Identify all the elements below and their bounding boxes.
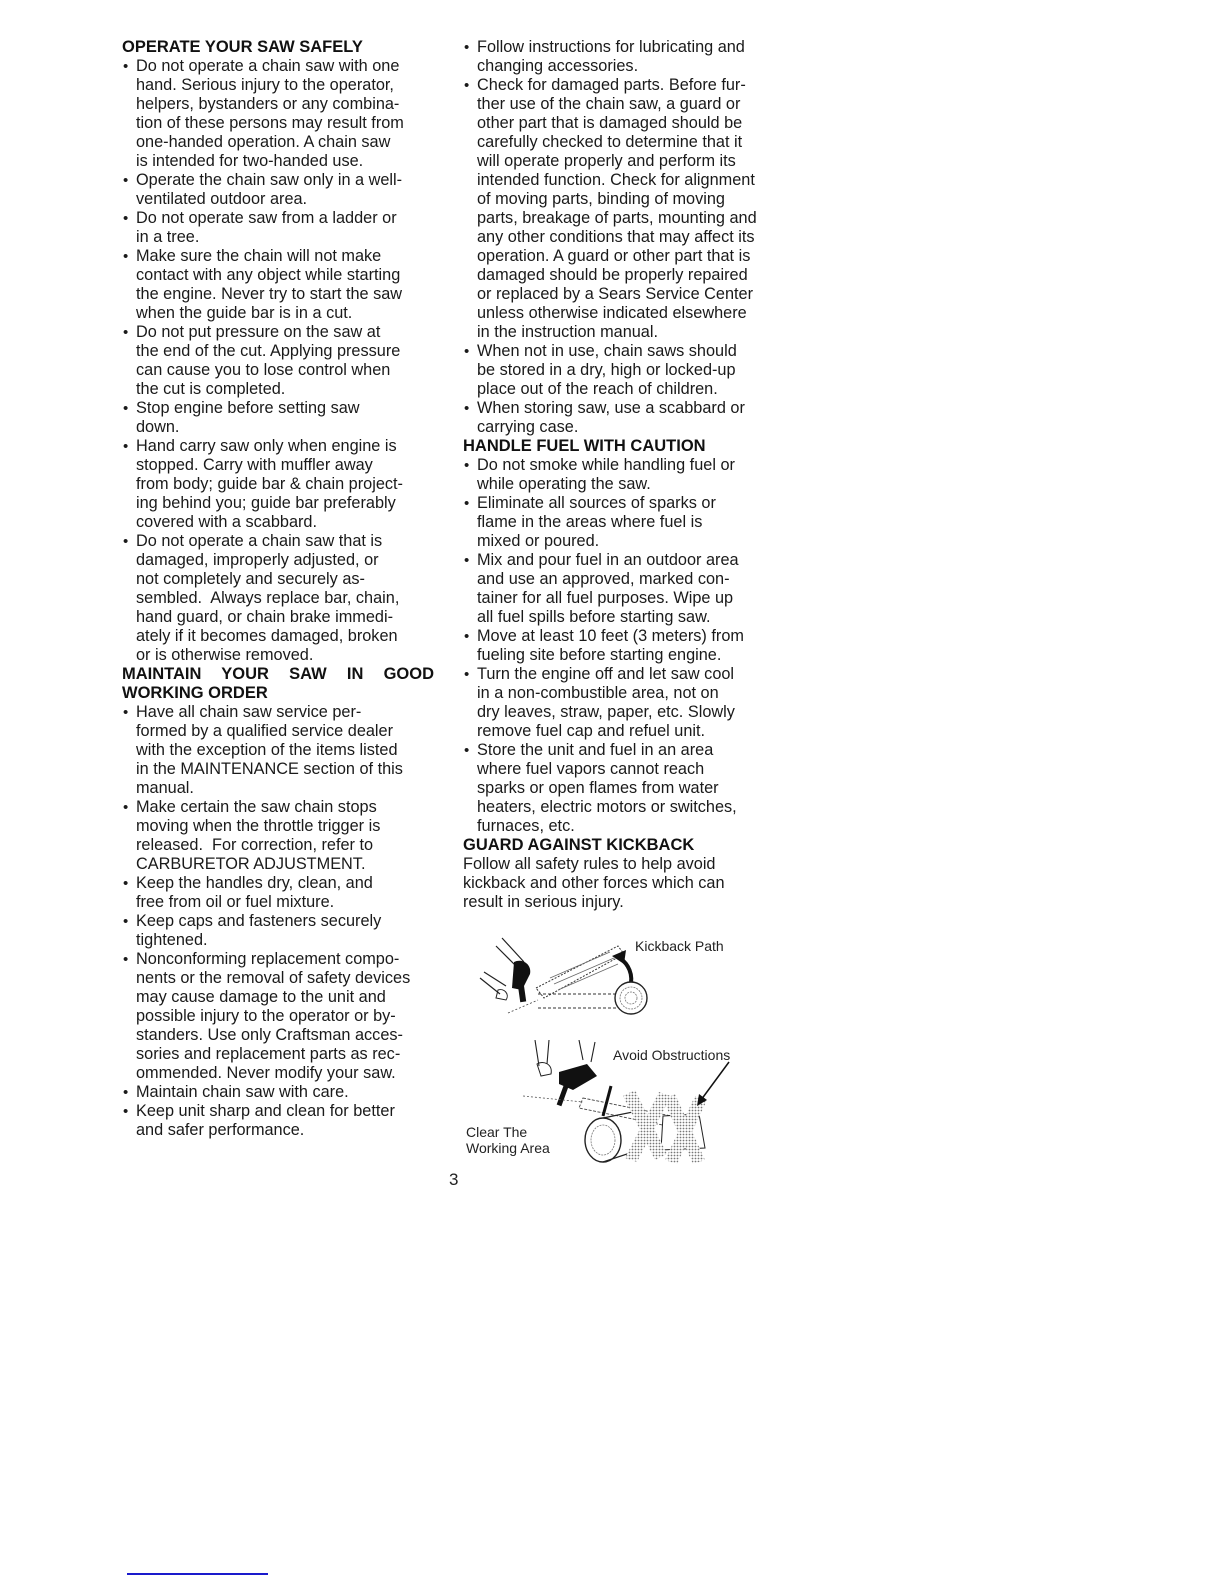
text-line: Eliminate all sources of sparks or: [477, 494, 793, 513]
text-line: Have all chain saw service per-: [136, 703, 452, 722]
text-line: Operate the chain saw only in a well-: [136, 171, 452, 190]
text-line: Store the unit and fuel in an area: [477, 741, 793, 760]
section-heading-operate-safely: OPERATE YOUR SAW SAFELY: [122, 38, 452, 57]
text-line: of moving parts, binding of moving: [477, 190, 793, 209]
list-item: Keep caps and fasteners securelytightene…: [122, 912, 452, 950]
text-line: not completely and securely as-: [136, 570, 452, 589]
text-line: all fuel spills before starting saw.: [477, 608, 793, 627]
text-line: the end of the cut. Applying pressure: [136, 342, 452, 361]
list-item: Eliminate all sources of sparks orflame …: [463, 494, 793, 551]
text-line: carefully checked to determine that it: [477, 133, 793, 152]
text-line: in the instruction manual.: [477, 323, 793, 342]
list-item: Do not operate a chain saw with onehand.…: [122, 57, 452, 171]
text-line: hand guard, or chain brake immedi-: [136, 608, 452, 627]
text-line: standers. Use only Craftsman acces-: [136, 1026, 452, 1045]
section-heading-handle-fuel: HANDLE FUEL WITH CAUTION: [463, 437, 793, 456]
operate-safely-list: Do not operate a chain saw with onehand.…: [122, 57, 452, 665]
text-line: nents or the removal of safety devices: [136, 969, 452, 988]
text-line: damaged, improperly adjusted, or: [136, 551, 452, 570]
text-line: when the guide bar is in a cut.: [136, 304, 452, 323]
list-item: Do not operate saw from a ladder orin a …: [122, 209, 452, 247]
list-item: Keep the handles dry, clean, andfree fro…: [122, 874, 452, 912]
text-line: mixed or poured.: [477, 532, 793, 551]
text-line: dry leaves, straw, paper, etc. Slowly: [477, 703, 793, 722]
list-item: Move at least 10 feet (3 meters) fromfue…: [463, 627, 793, 665]
text-line: Do not operate a chain saw with one: [136, 57, 452, 76]
text-line: Nonconforming replacement compo-: [136, 950, 452, 969]
list-item: Turn the engine off and let saw coolin a…: [463, 665, 793, 741]
text-line: carrying case.: [477, 418, 793, 437]
list-item: Do not put pressure on the saw atthe end…: [122, 323, 452, 399]
text-line: damaged should be properly repaired: [477, 266, 793, 285]
list-item: Operate the chain saw only in a well-ven…: [122, 171, 452, 209]
list-item: Maintain chain saw with care.: [122, 1083, 452, 1102]
text-line: Maintain chain saw with care.: [136, 1083, 452, 1102]
text-line: changing accessories.: [477, 57, 793, 76]
text-line: Follow instructions for lubricating and: [477, 38, 793, 57]
maintain-list: Have all chain saw service per-formed by…: [122, 703, 452, 1140]
section-heading-maintain-line2: WORKING ORDER: [122, 684, 452, 703]
text-line: kickback and other forces which can: [463, 874, 793, 893]
text-line: manual.: [136, 779, 452, 798]
text-line: in a tree.: [136, 228, 452, 247]
text-line: will operate properly and perform its: [477, 152, 793, 171]
handle-fuel-list: Do not smoke while handling fuel orwhile…: [463, 456, 793, 836]
kickback-paragraph: Follow all safety rules to help avoidkic…: [463, 855, 793, 912]
text-line: released. For correction, refer to: [136, 836, 452, 855]
text-line: hand. Serious injury to the operator,: [136, 76, 452, 95]
text-line: unless otherwise indicated elsewhere: [477, 304, 793, 323]
text-line: Do not put pressure on the saw at: [136, 323, 452, 342]
text-line: flame in the areas where fuel is: [477, 513, 793, 532]
list-item: When storing saw, use a scabbard orcarry…: [463, 399, 793, 437]
text-line: while operating the saw.: [477, 475, 793, 494]
list-item: Make certain the saw chain stopsmoving w…: [122, 798, 452, 874]
text-line: the engine. Never try to start the saw: [136, 285, 452, 304]
text-line: Keep unit sharp and clean for better: [136, 1102, 452, 1121]
text-line: heaters, electric motors or switches,: [477, 798, 793, 817]
text-line: tion of these persons may result from: [136, 114, 452, 133]
text-line: with the exception of the items listed: [136, 741, 452, 760]
text-line: sories and replacement parts as rec-: [136, 1045, 452, 1064]
text-line: Do not operate saw from a ladder or: [136, 209, 452, 228]
text-line: free from oil or fuel mixture.: [136, 893, 452, 912]
chainsaw-kickback-illustration-icon: [478, 928, 648, 1023]
text-line: Make sure the chain will not make: [136, 247, 452, 266]
text-line: in the MAINTENANCE section of this: [136, 760, 452, 779]
text-line: tightened.: [136, 931, 452, 950]
maintain-list-continued: Follow instructions for lubricating andc…: [463, 38, 793, 437]
text-line: Make certain the saw chain stops: [136, 798, 452, 817]
text-line: ing behind you; guide bar preferably: [136, 494, 452, 513]
list-item: Hand carry saw only when engine isstoppe…: [122, 437, 452, 532]
section-heading-maintain-line1: MAINTAIN YOUR SAW IN GOOD: [122, 665, 434, 684]
footer-rule: [127, 1573, 268, 1575]
text-line: Hand carry saw only when engine is: [136, 437, 452, 456]
text-line: ventilated outdoor area.: [136, 190, 452, 209]
text-line: be stored in a dry, high or locked-up: [477, 361, 793, 380]
avoid-obstructions-label: Avoid Obstructions: [613, 1047, 730, 1064]
text-line: sparks or open flames from water: [477, 779, 793, 798]
text-line: Keep the handles dry, clean, and: [136, 874, 452, 893]
text-line: one-handed operation. A chain saw: [136, 133, 452, 152]
text-line: moving when the throttle trigger is: [136, 817, 452, 836]
text-line: ther use of the chain saw, a guard or: [477, 95, 793, 114]
kickback-path-figure: Kickback Path: [478, 928, 768, 1023]
text-line: When storing saw, use a scabbard or: [477, 399, 793, 418]
clear-working-area-label-line2: Working Area: [466, 1140, 550, 1157]
list-item: When not in use, chain saws shouldbe sto…: [463, 342, 793, 399]
list-item: Make sure the chain will not makecontact…: [122, 247, 452, 323]
text-line: from body; guide bar & chain project-: [136, 475, 452, 494]
text-line: fueling site before starting engine.: [477, 646, 793, 665]
text-line: where fuel vapors cannot reach: [477, 760, 793, 779]
text-line: and use an approved, marked con-: [477, 570, 793, 589]
text-line: helpers, bystanders or any combina-: [136, 95, 452, 114]
text-line: other part that is damaged should be: [477, 114, 793, 133]
list-item: Follow instructions for lubricating andc…: [463, 38, 793, 76]
text-line: tainer for all fuel purposes. Wipe up: [477, 589, 793, 608]
list-item: Nonconforming replacement compo-nents or…: [122, 950, 452, 1083]
text-line: sembled. Always replace bar, chain,: [136, 589, 452, 608]
text-line: Do not operate a chain saw that is: [136, 532, 452, 551]
text-line: CARBURETOR ADJUSTMENT.: [136, 855, 452, 874]
text-line: is intended for two-handed use.: [136, 152, 452, 171]
text-line: ately if it becomes damaged, broken: [136, 627, 452, 646]
list-item: Have all chain saw service per-formed by…: [122, 703, 452, 798]
text-line: Check for damaged parts. Before fur-: [477, 76, 793, 95]
text-line: Stop engine before setting saw: [136, 399, 452, 418]
text-line: contact with any object while starting: [136, 266, 452, 285]
text-line: stopped. Carry with muffler away: [136, 456, 452, 475]
list-item: Stop engine before setting sawdown.: [122, 399, 452, 437]
list-item: Check for damaged parts. Before fur-ther…: [463, 76, 793, 342]
list-item: Store the unit and fuel in an areawhere …: [463, 741, 793, 836]
text-line: Mix and pour fuel in an outdoor area: [477, 551, 793, 570]
text-line: parts, breakage of parts, mounting and: [477, 209, 793, 228]
text-line: and safer performance.: [136, 1121, 452, 1140]
text-line: intended function. Check for alignment: [477, 171, 793, 190]
text-line: can cause you to lose control when: [136, 361, 452, 380]
list-item: Mix and pour fuel in an outdoor areaand …: [463, 551, 793, 627]
list-item: Do not operate a chain saw that isdamage…: [122, 532, 452, 665]
text-line: covered with a scabbard.: [136, 513, 452, 532]
text-line: Move at least 10 feet (3 meters) from: [477, 627, 793, 646]
text-line: formed by a qualified service dealer: [136, 722, 452, 741]
text-line: furnaces, etc.: [477, 817, 793, 836]
text-line: When not in use, chain saws should: [477, 342, 793, 361]
text-line: or is otherwise removed.: [136, 646, 452, 665]
text-line: any other conditions that may affect its: [477, 228, 793, 247]
text-line: the cut is completed.: [136, 380, 452, 399]
clear-working-area-label-line1: Clear The: [466, 1124, 527, 1141]
page-number: 3: [449, 1170, 458, 1190]
list-item: Keep unit sharp and clean for betterand …: [122, 1102, 452, 1140]
text-line: may cause damage to the unit and: [136, 988, 452, 1007]
list-item: Do not smoke while handling fuel orwhile…: [463, 456, 793, 494]
section-heading-guard-kickback: GUARD AGAINST KICKBACK: [463, 836, 793, 855]
text-line: Follow all safety rules to help avoid: [463, 855, 793, 874]
text-line: remove fuel cap and refuel unit.: [477, 722, 793, 741]
text-line: Turn the engine off and let saw cool: [477, 665, 793, 684]
text-line: Do not smoke while handling fuel or: [477, 456, 793, 475]
text-line: operation. A guard or other part that is: [477, 247, 793, 266]
text-line: ommended. Never modify your saw.: [136, 1064, 452, 1083]
right-column: Follow instructions for lubricating andc…: [463, 38, 793, 912]
text-line: in a non-combustible area, not on: [477, 684, 793, 703]
text-line: Keep caps and fasteners securely: [136, 912, 452, 931]
kickback-path-label: Kickback Path: [635, 938, 724, 955]
text-line: result in serious injury.: [463, 893, 793, 912]
left-column: OPERATE YOUR SAW SAFELY Do not operate a…: [122, 38, 452, 1140]
text-line: place out of the reach of children.: [477, 380, 793, 399]
text-line: or replaced by a Sears Service Center: [477, 285, 793, 304]
text-line: possible injury to the operator or by-: [136, 1007, 452, 1026]
avoid-obstructions-figure: Avoid Obstructions Clear The Working Are…: [463, 1040, 763, 1165]
text-line: down.: [136, 418, 452, 437]
